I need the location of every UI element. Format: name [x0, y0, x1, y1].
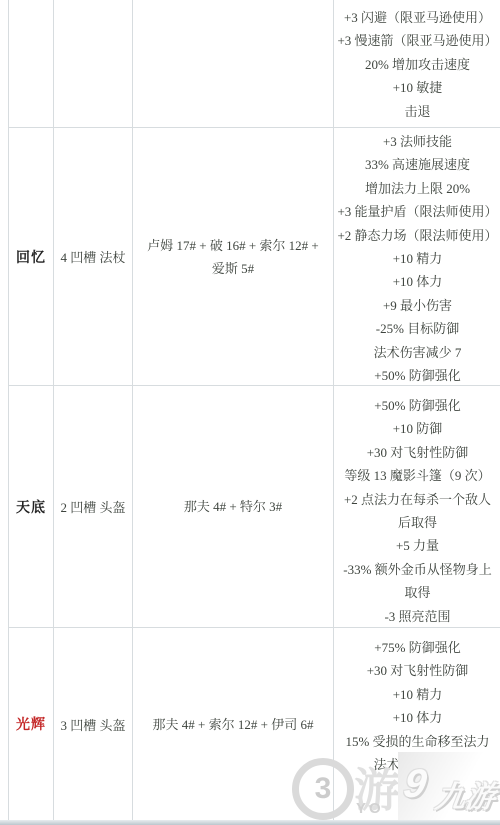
effect-line: 等级 13 魔影斗篷（9 次） [344, 464, 490, 487]
runeword-table-page: +3 闪避（限亚马逊使用） +3 慢速箭（限亚马逊使用） 20% 增加攻击速度 … [0, 0, 500, 825]
runeword-table: +3 闪避（限亚马逊使用） +3 慢速箭（限亚马逊使用） 20% 增加攻击速度 … [8, 0, 500, 820]
effect-line: +2 静态力场（限法师使用） [337, 224, 497, 247]
rune-formula-line: 卢姆 17# + 破 16# + 索尔 12# + [147, 234, 319, 257]
runeword-name [9, 0, 54, 127]
rune-formula: 那夫 4# + 索尔 12# + 伊司 6# [133, 628, 334, 820]
effect-line: 击退 [404, 100, 430, 123]
effect-line: 增加法力上限 20% [365, 177, 470, 200]
effect-line: +30 对飞射性防御 [367, 659, 469, 682]
effect-line: 20% 增加攻击速度 [365, 53, 470, 76]
effect-line: +10 防御 [393, 417, 443, 440]
runeword-name: 天底 [9, 386, 54, 627]
effect-line: 15% 受损的生命移至法力 [345, 730, 489, 753]
table-row: +3 闪避（限亚马逊使用） +3 慢速箭（限亚马逊使用） 20% 增加攻击速度 … [9, 0, 500, 128]
effect-line: +3 闪避（限亚马逊使用） [344, 6, 491, 29]
effect-line: +5 力量 [396, 534, 439, 557]
socket-type: 4 凹槽 法杖 [54, 128, 133, 385]
table-row: 回忆 4 凹槽 法杖 卢姆 17# + 破 16# + 索尔 12# + 爱斯 … [9, 128, 500, 386]
rune-formula-line: 那夫 4# + 特尔 3# [184, 495, 282, 518]
table-row: 光辉 3 凹槽 头盔 那夫 4# + 索尔 12# + 伊司 6# +75% 防… [9, 628, 500, 820]
effect-line: +30 对飞射性防御 [367, 441, 469, 464]
runeword-name: 光辉 [9, 628, 54, 820]
effect-line: +50% 防御强化 [374, 364, 460, 387]
rune-formula: 那夫 4# + 特尔 3# [133, 386, 334, 627]
effect-line: +10 精力 [393, 247, 443, 270]
effect-line: 取得 [404, 581, 430, 604]
effect-line: 法术伤害减少 7 [374, 341, 462, 364]
rune-formula [133, 0, 334, 127]
effect-line: +10 敏捷 [393, 76, 443, 99]
effect-line: -3 照亮范围 [384, 605, 450, 628]
effect-line: 后取得 [398, 511, 437, 534]
effects-list: +3 法师技能 33% 高速施展速度 增加法力上限 20% +3 能量护盾（限法… [334, 128, 500, 385]
effects-list: +75% 防御强化 +30 对飞射性防御 +10 精力 +10 体力 15% 受… [334, 628, 500, 820]
effect-line: +2 点法力在每杀一个敌人 [344, 488, 491, 511]
effect-line: +3 慢速箭（限亚马逊使用） [337, 29, 497, 52]
effects-list: +50% 防御强化 +10 防御 +30 对飞射性防御 等级 13 魔影斗篷（9… [334, 386, 500, 627]
socket-type: 3 凹槽 头盔 [54, 628, 133, 820]
rune-formula-line: 那夫 4# + 索尔 12# + 伊司 6# [153, 713, 314, 736]
runeword-name: 回忆 [9, 128, 54, 385]
effects-list: +3 闪避（限亚马逊使用） +3 慢速箭（限亚马逊使用） 20% 增加攻击速度 … [334, 0, 500, 127]
effect-line: -25% 目标防御 [376, 317, 459, 340]
rune-formula: 卢姆 17# + 破 16# + 索尔 12# + 爱斯 5# [133, 128, 334, 385]
effect-line: +10 精力 [393, 683, 443, 706]
effect-line: +10 体力 [393, 270, 443, 293]
effect-line: 33% 高速施展速度 [365, 153, 470, 176]
effect-line: +50% 防御强化 [374, 394, 460, 417]
effect-line: +75% 防御强化 [374, 636, 460, 659]
effect-line: 法术伤害减少 3 [374, 753, 462, 776]
effect-line: -33% 额外金币从怪物身上 [343, 558, 491, 581]
effect-line: +3 法师技能 [383, 130, 452, 153]
table-row: 天底 2 凹槽 头盔 那夫 4# + 特尔 3# +50% 防御强化 +10 防… [9, 386, 500, 628]
effect-line: +10 体力 [393, 706, 443, 729]
effect-line: +9 最小伤害 [383, 294, 452, 317]
rune-formula-line: 爱斯 5# [212, 257, 254, 280]
socket-type [54, 0, 133, 127]
bottom-divider [0, 820, 500, 825]
socket-type: 2 凹槽 头盔 [54, 386, 133, 627]
effect-line: +3 能量护盾（限法师使用） [337, 200, 497, 223]
